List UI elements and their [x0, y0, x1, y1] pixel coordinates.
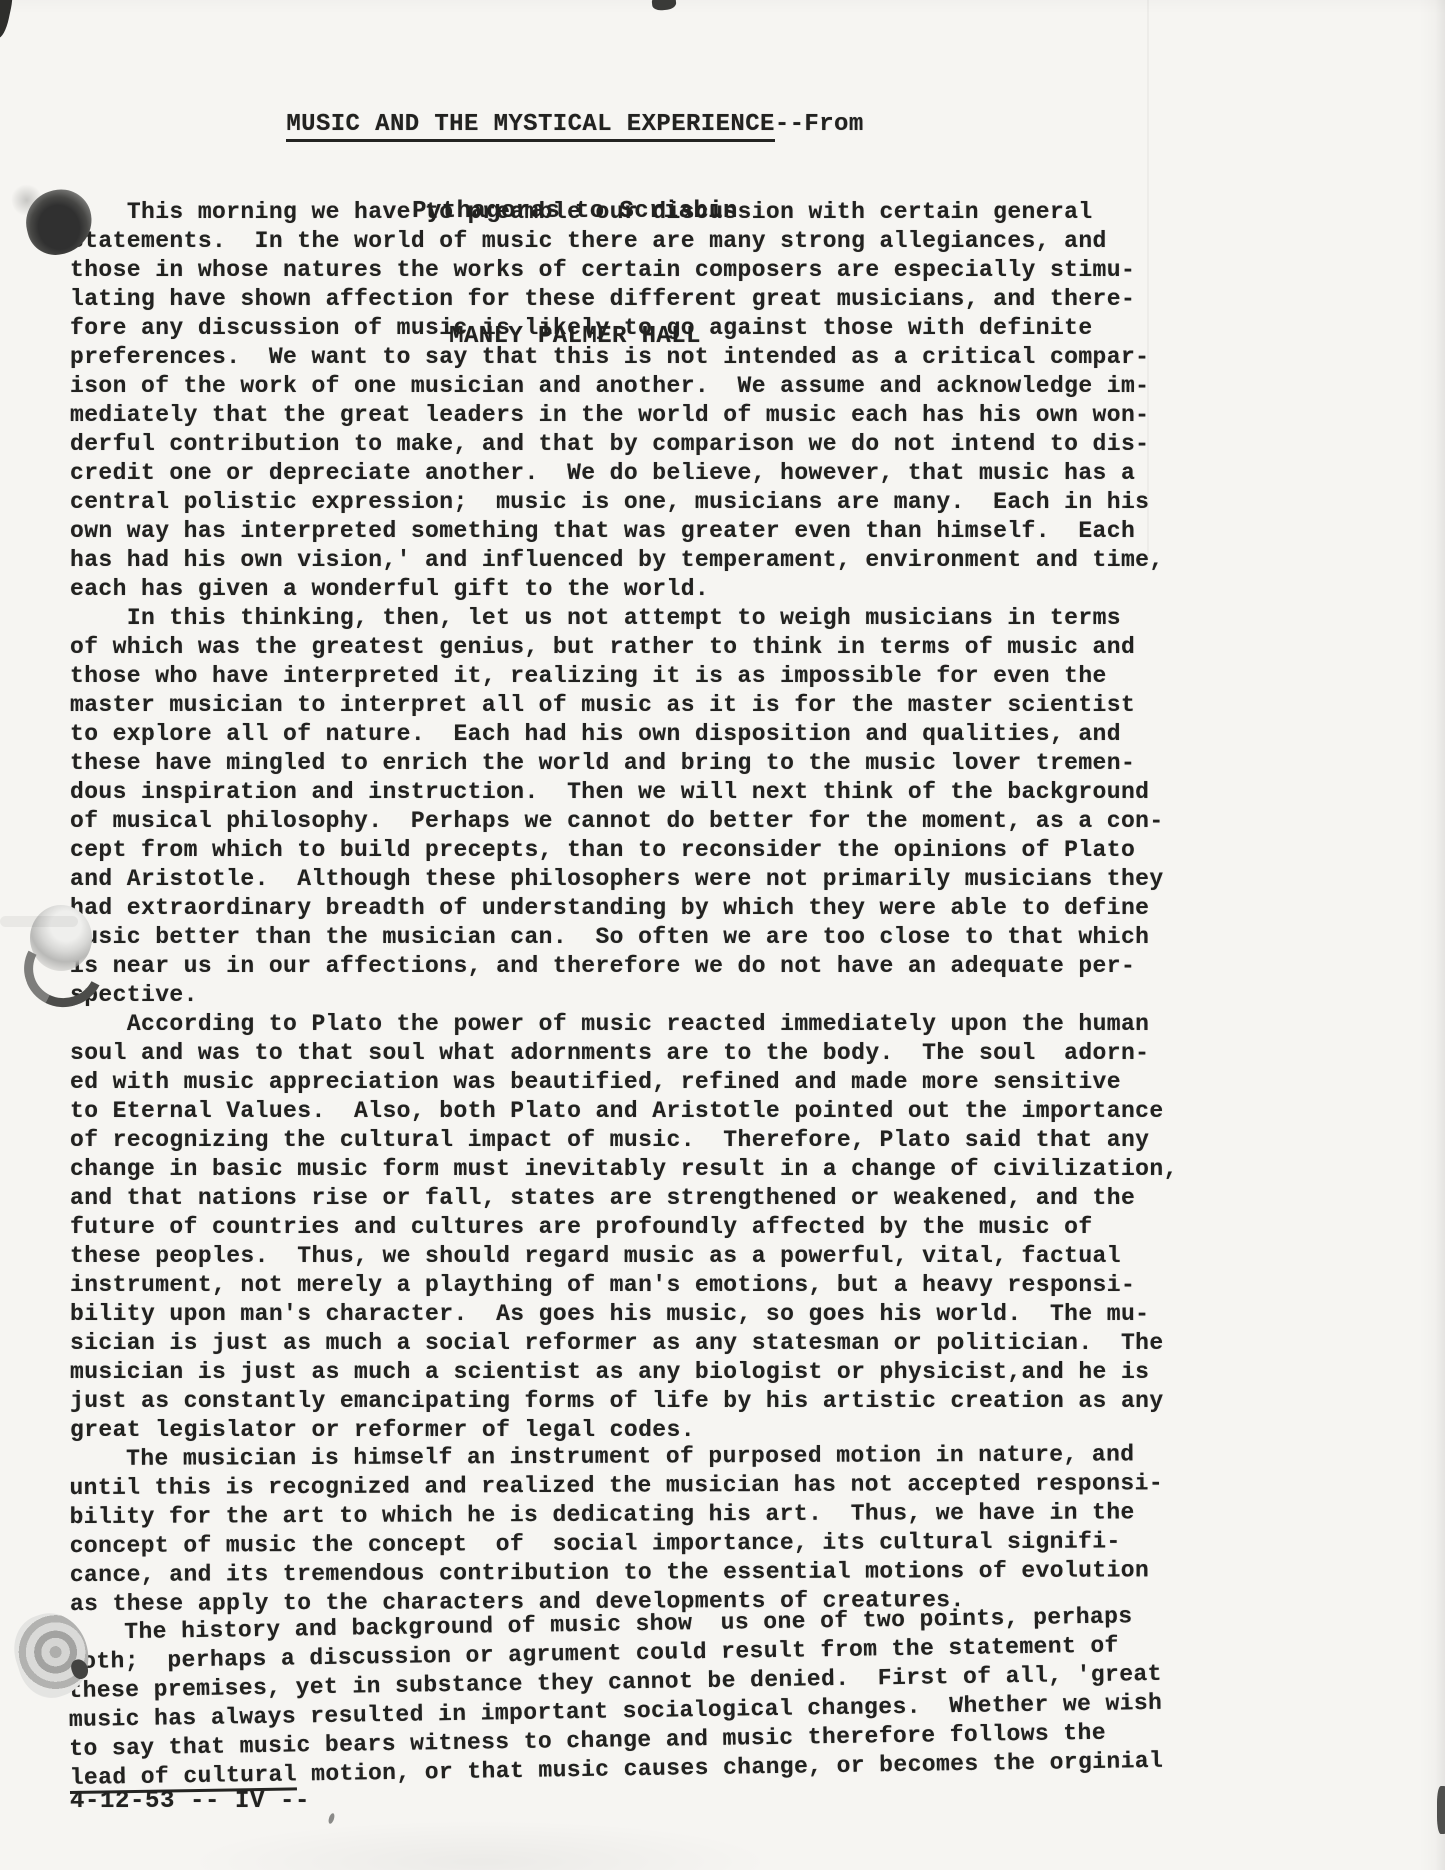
paragraph-5: The history and background of music show… — [67, 1598, 1400, 1793]
top-edge-mark — [651, 0, 676, 11]
ink-speck — [327, 1812, 335, 1824]
bottom-right-edge-mark — [1437, 1786, 1445, 1834]
top-left-corner-mark — [0, 0, 15, 39]
page-title-suffix: --From — [775, 111, 864, 138]
paragraph-2: In this thinking, then, let us not attem… — [70, 604, 1400, 1010]
body-text: This morning we have to preamble our dis… — [70, 198, 1400, 1793]
page-title-underlined: MUSIC AND THE MYSTICAL EXPERIENCE — [286, 111, 774, 142]
paper-crease-line — [1147, 0, 1149, 560]
page-title: MUSIC AND THE MYSTICAL EXPERIENCE--From — [0, 110, 1150, 139]
paragraph-1: This morning we have to preamble our dis… — [70, 198, 1400, 604]
paragraph-5-text: The history and background of music show… — [67, 1603, 1162, 1762]
paragraph-4: The musician is himself an instrument of… — [69, 1439, 1400, 1619]
date-stamp: 4-12-53 -- IV -- — [70, 1788, 310, 1815]
scanned-lecture-page: MUSIC AND THE MYSTICAL EXPERIENCE--From … — [0, 0, 1445, 1870]
paragraph-3: According to Plato the power of music re… — [70, 1010, 1400, 1445]
scan-streak — [0, 916, 78, 927]
